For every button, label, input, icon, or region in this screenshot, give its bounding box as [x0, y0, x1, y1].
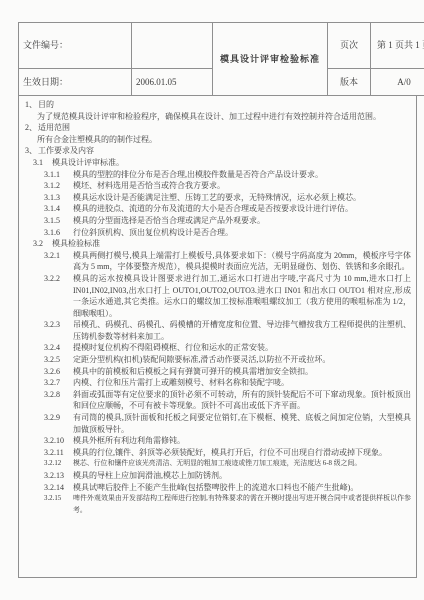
- section-number: 3、: [25, 145, 38, 157]
- item-number: 3.2.5: [44, 354, 73, 366]
- subsection-title: 模具检验标准: [52, 238, 100, 250]
- section-number: 2、: [25, 122, 38, 134]
- list-item: 3.2.6模具中的前模板和后模板之间有弹簧可弹开的模具需增加安全锁扣。: [23, 366, 411, 378]
- section-paragraph: 为了规范模具设计评审和检验程序，确保模具在设计、加工过程中进行有效控制并符合适用…: [23, 111, 411, 123]
- subsection-number: 3.1: [33, 157, 52, 169]
- list-item: 3.2.12模芯、行位和镶件应该光亮清洁、无明显的粗加工痕迹或锉刀加工痕迹，光洁…: [23, 458, 411, 470]
- item-text: 提模时复位机构不得阻碍模框、行位和运水的正常安装。: [73, 342, 411, 354]
- section-title: 适用范围: [38, 122, 70, 134]
- scanned-document-page: 文件编号： 模具设计评审检验标准 页次 第 1 页共 1 页 生效日期： 200…: [0, 0, 424, 600]
- item-number: 3.1.2: [44, 180, 73, 192]
- item-text: 模具两侧打模号,模具上端需打上模板号,具体要求如下：（模号字码高度为 20mm，…: [73, 250, 411, 273]
- list-item: 3.1.6行位斜顶机构、顶出复位机构设计是否合理。: [23, 227, 411, 239]
- version-label: 版本: [328, 69, 371, 96]
- effective-date-label: 生效日期：: [19, 69, 132, 96]
- item-number: 3.2.15: [44, 493, 73, 516]
- item-number: 3.1.4: [44, 203, 73, 215]
- list-item: 3.1.2模坯、材料选用是否恰当或符合我方要求。: [23, 180, 411, 192]
- item-number: 3.2.2: [44, 273, 73, 319]
- page-label: 页次: [328, 23, 371, 69]
- list-item: 3.2.10模具外框所有利边利角需修钝。: [23, 435, 411, 447]
- list-item: 3.2.4提模时复位机构不得阻碍模框、行位和运水的正常安装。: [23, 342, 411, 354]
- item-text: 行位斜顶机构、顶出复位机构设计是否合理。: [73, 227, 411, 239]
- list-item: 3.2.15啤件外观效果由开发部结构工程师进行控制,有特殊要求的需在开模时提出写…: [23, 493, 411, 516]
- item-number: 3.1.6: [44, 227, 73, 239]
- item-text: 模具的行位,镶件、斜顶等必须装配好，模具打开后，行位不可出现自行滑动或掉下现象。: [73, 447, 411, 459]
- doc-number-value: [132, 23, 213, 69]
- item-text: 内模、行位和压片需打上或雕刻模号、材料名称和装配字唛。: [73, 377, 411, 389]
- doc-number-label: 文件编号：: [19, 23, 132, 69]
- item-number: 3.2.6: [44, 366, 73, 378]
- item-number: 3.1.1: [44, 169, 73, 181]
- list-item: 3.2.14模具试啤后胶件上不能产生批峰(包括整啤胶件上的流道水口料也不能产生批…: [23, 482, 411, 494]
- item-number: 3.2.7: [44, 377, 73, 389]
- section-heading: 2、适用范围: [23, 122, 411, 134]
- list-item: 3.2.9有司筒的模具,顶针面板和托板之间要定位销钉,在下模框、模凳、底板之间加…: [23, 412, 411, 435]
- list-item: 3.1.5模具的分型面选择是否恰当合理或满足产品外观要求。: [23, 215, 411, 227]
- list-item: 3.2.8斜面或弧面等有定位要求的顶针必须不可转动，所有的顶针装配后不可下窜动现…: [23, 389, 411, 412]
- item-number: 3.2.1: [44, 250, 73, 273]
- item-number: 3.2.13: [44, 470, 73, 482]
- item-text: 斜面或弧面等有定位要求的顶针必须不可转动，所有的顶针装配后不可下窜动现象。顶针板…: [73, 389, 411, 412]
- section-paragraph: 所有合金注塑模具的的制作过程。: [23, 134, 411, 146]
- item-text: 吊模孔、码模孔、码模孔、码模槽的开槽宽度和位置、导边排气槽按我方工程师提供的注塑…: [73, 319, 411, 342]
- item-text: 啤件外观效果由开发部结构工程师进行控制,有特殊要求的需在开模时提出写进开模合同中…: [73, 493, 411, 516]
- item-text: 模坯、材料选用是否恰当或符合我方要求。: [73, 180, 411, 192]
- item-number: 3.2.4: [44, 342, 73, 354]
- item-number: 3.2.11: [44, 447, 73, 459]
- section-title: 工作要求及内容: [38, 145, 94, 157]
- item-number: 3.2.14: [44, 482, 73, 494]
- item-text: 定距分型机构(扣机)装配间隙要标准,滑舌动作要灵活,以防拉不开或拉坏。: [73, 354, 411, 366]
- page-value: 第 1 页共 1 页: [371, 23, 424, 69]
- item-number: 3.2.10: [44, 435, 73, 447]
- list-item: 3.2.13模具的导柱上应加润滑油,模芯上加防锈剂。: [23, 470, 411, 482]
- item-text: 模芯、行位和镶件应该光亮清洁、无明显的粗加工痕迹或锉刀加工痕迹，光洁度达 6-8…: [73, 458, 411, 470]
- list-item: 3.2.2模具的运水按模具设计图要求进行加工,通运水口打进出字唛,字高尺寸为 1…: [23, 273, 411, 319]
- item-text: 模具的导柱上应加润滑油,模芯上加防锈剂。: [73, 470, 411, 482]
- item-text: 模具的分型面选择是否恰当合理或满足产品外观要求。: [73, 215, 411, 227]
- item-number: 3.1.5: [44, 215, 73, 227]
- list-item: 3.1.1模具的型腔的排位分布是否合理,出模胶件数量是否符合产品设计要求。: [23, 169, 411, 181]
- item-number: 3.2.9: [44, 412, 73, 435]
- item-text: 模具中的前模板和后模板之间有弹簧可弹开的模具需增加安全锁扣。: [73, 366, 411, 378]
- item-text: 模具的运水按模具设计图要求进行加工,通运水口打进出字唛,字高尺寸为 10 mm,…: [73, 273, 411, 319]
- section-number: 1、: [25, 99, 38, 111]
- item-number: 3.1.3: [44, 192, 73, 204]
- version-value: A/0: [371, 69, 424, 96]
- item-number: 3.2.3: [44, 319, 73, 342]
- document-body: 1、目的为了规范模具设计评审和检验程序，确保模具在设计、加工过程中进行有效控制并…: [18, 95, 417, 578]
- item-text: 有司筒的模具,顶针面板和托板之间要定位销钉,在下模框、模凳、底板之间加定位销，大…: [73, 412, 411, 435]
- section-heading: 1、目的: [23, 99, 411, 111]
- document-header-table: 文件编号： 模具设计评审检验标准 页次 第 1 页共 1 页 生效日期： 200…: [18, 22, 424, 96]
- list-item: 3.2.7内模、行位和压片需打上或雕刻模号、材料名称和装配字唛。: [23, 377, 411, 389]
- subsection-number: 3.2: [33, 238, 52, 250]
- document-title: 模具设计评审检验标准: [213, 23, 328, 96]
- list-item: 3.2.11模具的行位,镶件、斜顶等必须装配好，模具打开后，行位不可出现自行滑动…: [23, 447, 411, 459]
- list-item: 3.2.1模具两侧打模号,模具上端需打上模板号,具体要求如下：（模号字码高度为 …: [23, 250, 411, 273]
- list-item: 3.2.5定距分型机构(扣机)装配间隙要标准,滑舌动作要灵活,以防拉不开或拉坏。: [23, 354, 411, 366]
- subsection-heading: 3.2模具检验标准: [23, 238, 411, 250]
- subsection-title: 模具设计评审标准。: [52, 157, 124, 169]
- list-item: 3.1.4模具的进胶点、流道的分布及流道的大小是否合理或是否按要求设计进行评估。: [23, 203, 411, 215]
- list-item: 3.2.3吊模孔、码模孔、码模孔、码模槽的开槽宽度和位置、导边排气槽按我方工程师…: [23, 319, 411, 342]
- section-heading: 3、工作要求及内容: [23, 145, 411, 157]
- item-text: 模具运水设计是否能满足注塑、压铸工艺的要求，无特殊情况，运水必须上模芯。: [73, 192, 411, 204]
- subsection-heading: 3.1模具设计评审标准。: [23, 157, 411, 169]
- section-title: 目的: [38, 99, 54, 111]
- item-text: 模具的型腔的排位分布是否合理,出模胶件数量是否符合产品设计要求。: [73, 169, 411, 181]
- list-item: 3.1.3模具运水设计是否能满足注塑、压铸工艺的要求，无特殊情况，运水必须上模芯…: [23, 192, 411, 204]
- item-text: 模具的进胶点、流道的分布及流道的大小是否合理或是否按要求设计进行评估。: [73, 203, 411, 215]
- item-text: 模具试啤后胶件上不能产生批峰(包括整啤胶件上的流道水口料也不能产生批峰)。: [73, 482, 411, 494]
- effective-date-value: 2006.01.05: [132, 69, 213, 96]
- item-text: 模具外框所有利边利角需修钝。: [73, 435, 411, 447]
- item-number: 3.2.8: [44, 389, 73, 412]
- item-number: 3.2.12: [44, 458, 73, 470]
